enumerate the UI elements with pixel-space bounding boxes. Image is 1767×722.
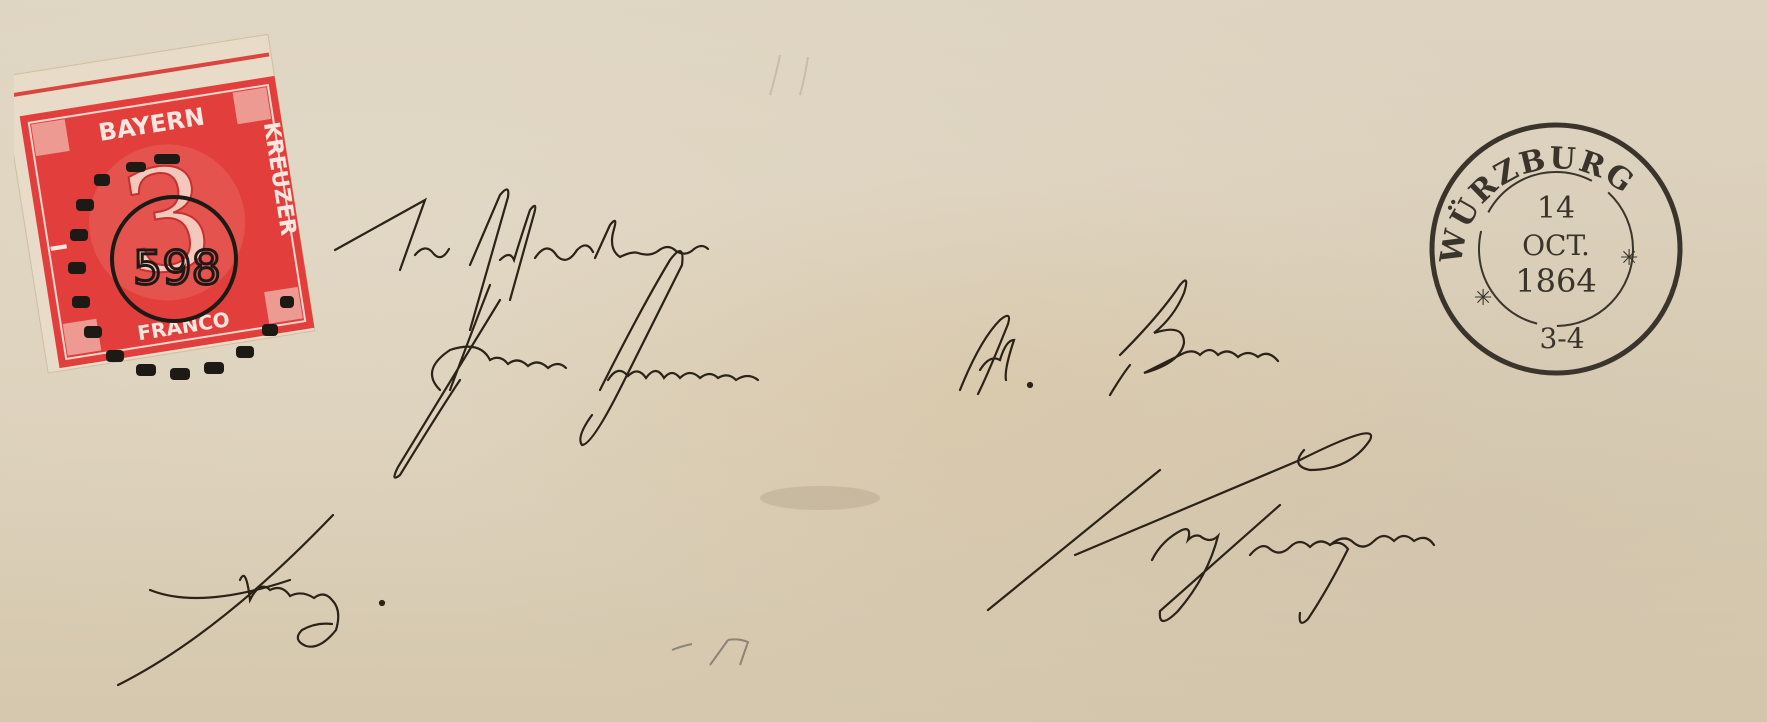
franking-note-frei xyxy=(118,515,384,685)
address-line-1 xyxy=(335,189,708,330)
address-line-2 xyxy=(394,251,1278,478)
pencil-mark-bottom xyxy=(672,639,748,665)
envelope: BAYERN KREUZER I FRANCO 3 xyxy=(0,0,1767,722)
address-line-3 xyxy=(988,433,1434,623)
handwritten-address xyxy=(0,0,1767,722)
ink-smudge xyxy=(760,486,880,510)
